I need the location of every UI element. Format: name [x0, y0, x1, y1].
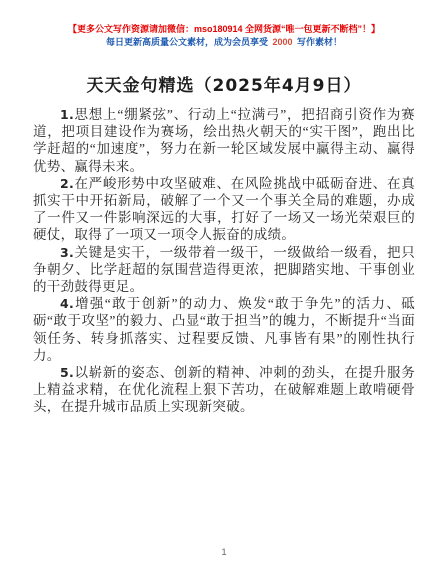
paragraph-1-text: 思想上“绷紧弦”、行动上“拉满弓”，把招商引资作为赛道，把项目建设作为赛场，绘出… — [33, 107, 415, 174]
paragraph-2-number: 2. — [60, 176, 74, 191]
paragraph-5-number: 5. — [60, 365, 74, 380]
header-ad-line2: 每日更新高质量公文素材，成为会员享受 2000 写作素材！ — [0, 36, 448, 49]
paragraph-4-number: 4. — [60, 296, 74, 311]
paragraph-4-text: 增强“敢于创新”的动力、焕发“敢于争先”的活力、砥砺“敢于攻坚”的毅力、凸显“敢… — [33, 296, 415, 363]
page-title: 天天金句精选（2025年4月9日） — [24, 75, 424, 97]
header-ad-line1: 【更多公文写作资源请加微信：mso180914 全网货源“唯一包更新不断档”！】 — [0, 22, 448, 36]
paragraph-2: 2.在严峻形势中攻坚破难、在风险挑战中砥砺奋进、在真抓实干中开拓新局，破解了一个… — [33, 175, 415, 244]
paragraph-5: 5.以崭新的姿态、创新的精神、冲刺的劲头，在提升服务上精益求精，在优化流程上狠下… — [33, 364, 415, 416]
paragraph-3-number: 3. — [60, 245, 74, 260]
header-ad: 【更多公文写作资源请加微信：mso180914 全网货源“唯一包更新不断档”！】… — [0, 0, 448, 49]
paragraph-3: 3.关键是实干，一级带着一级干，一级做给一级看，把只争朝夕、比学赶超的氛围营造得… — [33, 244, 415, 296]
paragraph-3-text: 关键是实干，一级带着一级干，一级做给一级看，把只争朝夕、比学赶超的氛围营造得更浓… — [33, 245, 415, 294]
paragraph-2-text: 在严峻形势中攻坚破难、在风险挑战中砥砺奋进、在真抓实干中开拓新局，破解了一个又一… — [33, 176, 415, 243]
header-ad-count: 2000 — [270, 37, 294, 47]
paragraph-1-number: 1. — [60, 107, 74, 122]
document-body: 1.思想上“绷紧弦”、行动上“拉满弓”，把招商引资作为赛道，把项目建设作为赛场，… — [33, 106, 415, 416]
document-page: 【更多公文写作资源请加微信：mso180914 全网货源“唯一包更新不断档”！】… — [0, 0, 448, 580]
header-ad-line2-suffix: 写作素材！ — [297, 37, 342, 47]
page-number: 1 — [0, 547, 448, 558]
paragraph-1: 1.思想上“绷紧弦”、行动上“拉满弓”，把招商引资作为赛道，把项目建设作为赛场，… — [33, 106, 415, 175]
header-ad-line2-prefix: 每日更新高质量公文素材，成为会员享受 — [106, 37, 268, 47]
paragraph-5-text: 以崭新的姿态、创新的精神、冲刺的劲头，在提升服务上精益求精，在优化流程上狠下苦功… — [33, 365, 415, 414]
paragraph-4: 4.增强“敢于创新”的动力、焕发“敢于争先”的活力、砥砺“敢于攻坚”的毅力、凸显… — [33, 295, 415, 364]
